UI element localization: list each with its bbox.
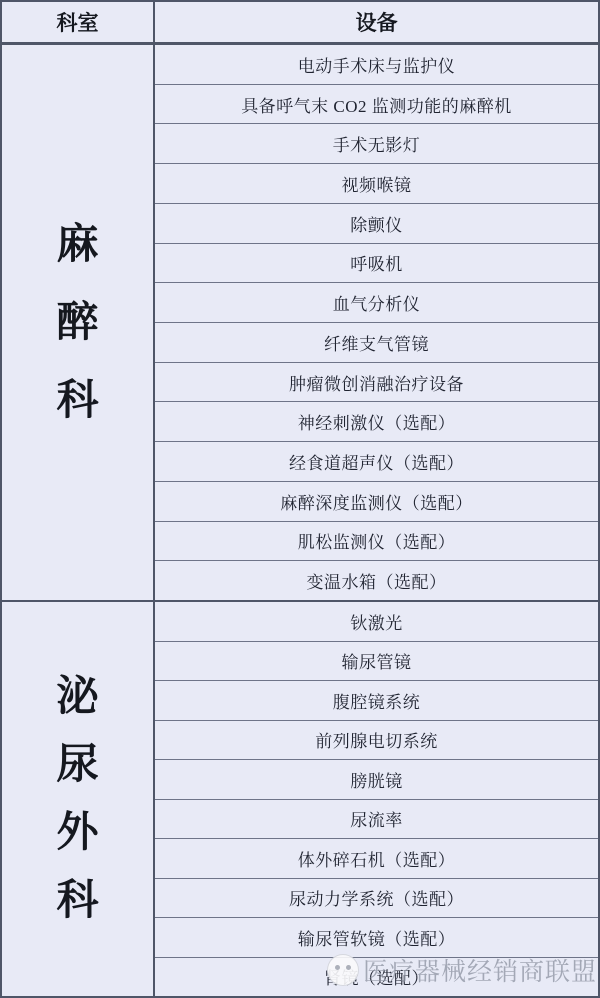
department-char: 外: [56, 812, 98, 854]
department-char: 科: [56, 380, 98, 422]
department-char: 麻: [56, 224, 98, 266]
table-row: 具备呼气末 CO2 监测功能的麻醉机: [155, 84, 598, 124]
table-row: 纤维支气管镜: [155, 322, 598, 362]
table-row: 手术无影灯: [155, 123, 598, 163]
equipment-column: 钬激光输尿管镜腹腔镜系统前列腺电切系统膀胱镜尿流率体外碎石机（选配）尿动力学系统…: [155, 602, 598, 996]
table-row: 肿瘤微创消融治疗设备: [155, 362, 598, 402]
header-department: 科室: [2, 2, 155, 42]
department-char: 科: [56, 880, 98, 922]
table-row: 视频喉镜: [155, 163, 598, 203]
table-row: 除颤仪: [155, 203, 598, 243]
equipment-table: 科室 设备 麻醉科电动手术床与监护仪具备呼气末 CO2 监测功能的麻醉机手术无影…: [0, 0, 600, 998]
table-row: 尿流率: [155, 799, 598, 839]
table-row: 腹腔镜系统: [155, 680, 598, 720]
equipment-column: 电动手术床与监护仪具备呼气末 CO2 监测功能的麻醉机手术无影灯视频喉镜除颤仪呼…: [155, 45, 598, 600]
section-urology: 泌尿外科钬激光输尿管镜腹腔镜系统前列腺电切系统膀胱镜尿流率体外碎石机（选配）尿动…: [2, 602, 598, 996]
table-row: 肾镜（选配）: [155, 957, 598, 997]
equipment-list-page: 科室 设备 麻醉科电动手术床与监护仪具备呼气末 CO2 监测功能的麻醉机手术无影…: [0, 0, 600, 998]
table-row: 肌松监测仪（选配）: [155, 521, 598, 561]
table-row: 前列腺电切系统: [155, 720, 598, 760]
section-anesthesiology: 麻醉科电动手术床与监护仪具备呼气末 CO2 监测功能的麻醉机手术无影灯视频喉镜除…: [2, 45, 598, 602]
department-char: 尿: [56, 744, 98, 786]
header-equipment: 设备: [155, 2, 598, 42]
table-row: 尿动力学系统（选配）: [155, 878, 598, 918]
table-row: 麻醉深度监测仪（选配）: [155, 481, 598, 521]
table-row: 钬激光: [155, 602, 598, 641]
table-row: 输尿管软镜（选配）: [155, 917, 598, 957]
table-row: 电动手术床与监护仪: [155, 45, 598, 84]
table-row: 体外碎石机（选配）: [155, 838, 598, 878]
department-cell: 麻醉科: [2, 45, 155, 600]
table-row: 血气分析仪: [155, 282, 598, 322]
department-char: 醉: [56, 302, 98, 344]
table-header-row: 科室 设备: [2, 2, 598, 45]
table-row: 变温水箱（选配）: [155, 560, 598, 600]
table-row: 输尿管镜: [155, 641, 598, 681]
table-row: 神经刺激仪（选配）: [155, 401, 598, 441]
table-row: 呼吸机: [155, 243, 598, 283]
department-cell: 泌尿外科: [2, 602, 155, 996]
department-char: 泌: [56, 676, 98, 718]
table-row: 膀胱镜: [155, 759, 598, 799]
table-row: 经食道超声仪（选配）: [155, 441, 598, 481]
